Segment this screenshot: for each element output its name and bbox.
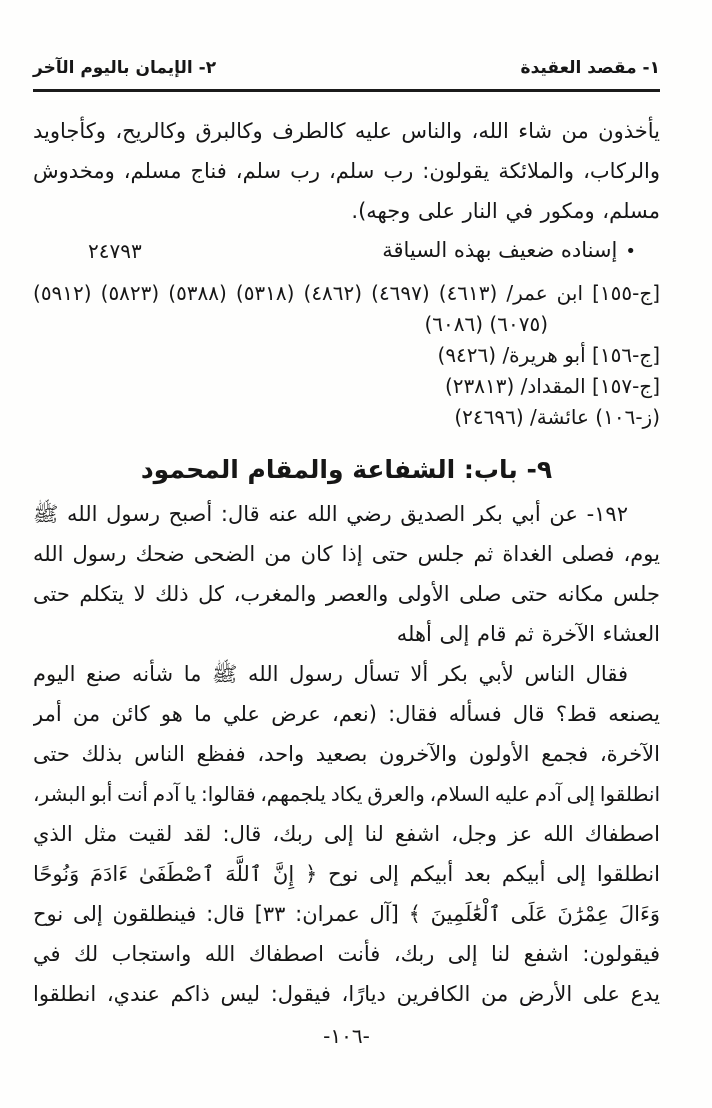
- page-number: -١٠٦-: [33, 1023, 660, 1049]
- isnad-grading-line: •إسناده ضعيف بهذه السياقة ٢٤٧٩٣: [33, 231, 660, 271]
- citation-line-continuation: (٦٠٧٥) (٦٠٨٦): [33, 309, 660, 340]
- text-line: يوم، فصلى الغداة ثم جلس حتى إذا كان من ا…: [33, 534, 660, 574]
- chapter-heading: ٩- باب: الشفاعة والمقام المحمود: [33, 449, 660, 491]
- text-line: جلس مكانه حتى صلى الأولى والعصر والمغرب،…: [33, 574, 660, 614]
- text-line: فقال الناس لأبي بكر ألا تسأل رسول الله ﷺ…: [33, 654, 660, 694]
- text-line: اصطفاك الله عز وجل، اشفع لنا إلى ربك، قا…: [33, 814, 660, 854]
- citation-line: [ج-١٥٦] أبو هريرة/ (٩٤٢٦): [33, 340, 660, 371]
- text-line: والركاب، والملائكة يقولون: رب سلم، رب سل…: [33, 151, 660, 191]
- page-content: ١- مقصد العقيدة ٢- الإيمان باليوم الآخر …: [0, 0, 712, 1049]
- grading-verdict: إسناده ضعيف بهذه السياقة: [382, 238, 617, 262]
- grading-text: •إسناده ضعيف بهذه السياقة: [382, 230, 636, 272]
- hadith-192-paragraph: ١٩٢- عن أبي بكر الصديق رضي الله عنه قال:…: [33, 494, 660, 654]
- text-line: يدع على الأرض من الكافرين ديارًا، فيقول:…: [33, 974, 660, 1014]
- citation-line: (ز-١٠٦) عائشة/ (٢٤٦٩٦): [33, 402, 660, 433]
- header-right-title: ١- مقصد العقيدة: [521, 58, 660, 78]
- bullet-icon: •: [625, 241, 636, 262]
- text-line: فيقولون: اشفع لنا إلى ربك، فأنت اصطفاك ا…: [33, 934, 660, 974]
- citation-line: [ج-١٥٧] المقداد/ (٢٣٨١٣): [33, 371, 660, 402]
- text-line-with-quran-verse: انطلقوا إلى أبيكم بعد أبيكم إلى نوح ﴿ إِ…: [33, 854, 660, 894]
- text-line: العشاء الآخرة ثم قام إلى أهله: [33, 614, 660, 654]
- citation-block: [ج-١٥٥] ابن عمر/ (٤٦١٣) (٤٦٩٧) (٤٨٦٢) (٥…: [33, 278, 660, 433]
- header-left-title: ٢- الإيمان باليوم الآخر: [33, 58, 216, 78]
- header-divider: [33, 89, 660, 92]
- text-line-with-quran-verse: وَءَالَ عِمْرَٰنَ عَلَى ٱلْعَٰلَمِينَ ﴾ …: [33, 894, 660, 934]
- text-line: يصنعه قط؟ قال فسأله فقال: (نعم، عرض علي …: [33, 694, 660, 734]
- text-line: يأخذون من شاء الله، والناس عليه كالطرف و…: [33, 111, 660, 151]
- book-page: ١- مقصد العقيدة ٢- الإيمان باليوم الآخر …: [0, 0, 712, 1108]
- hadith-tail-paragraph: يأخذون من شاء الله، والناس عليه كالطرف و…: [33, 111, 660, 231]
- text-line: مسلم، ومكور في النار على وجهه).: [33, 191, 660, 231]
- text-line: انطلقوا إلى آدم عليه السلام، والعرق يكاد…: [33, 774, 660, 814]
- running-header: ١- مقصد العقيدة ٢- الإيمان باليوم الآخر: [33, 0, 660, 78]
- hadith-192-continuation-paragraph: فقال الناس لأبي بكر ألا تسأل رسول الله ﷺ…: [33, 654, 660, 1014]
- citation-line: [ج-١٥٥] ابن عمر/ (٤٦١٣) (٤٦٩٧) (٤٨٦٢) (٥…: [33, 278, 660, 309]
- text-line: الآخرة، فجمع الأولون والآخرون بصعيد واحد…: [33, 734, 660, 774]
- hadith-tally-number: ٢٤٧٩٣: [88, 231, 142, 271]
- text-line: ١٩٢- عن أبي بكر الصديق رضي الله عنه قال:…: [33, 494, 660, 534]
